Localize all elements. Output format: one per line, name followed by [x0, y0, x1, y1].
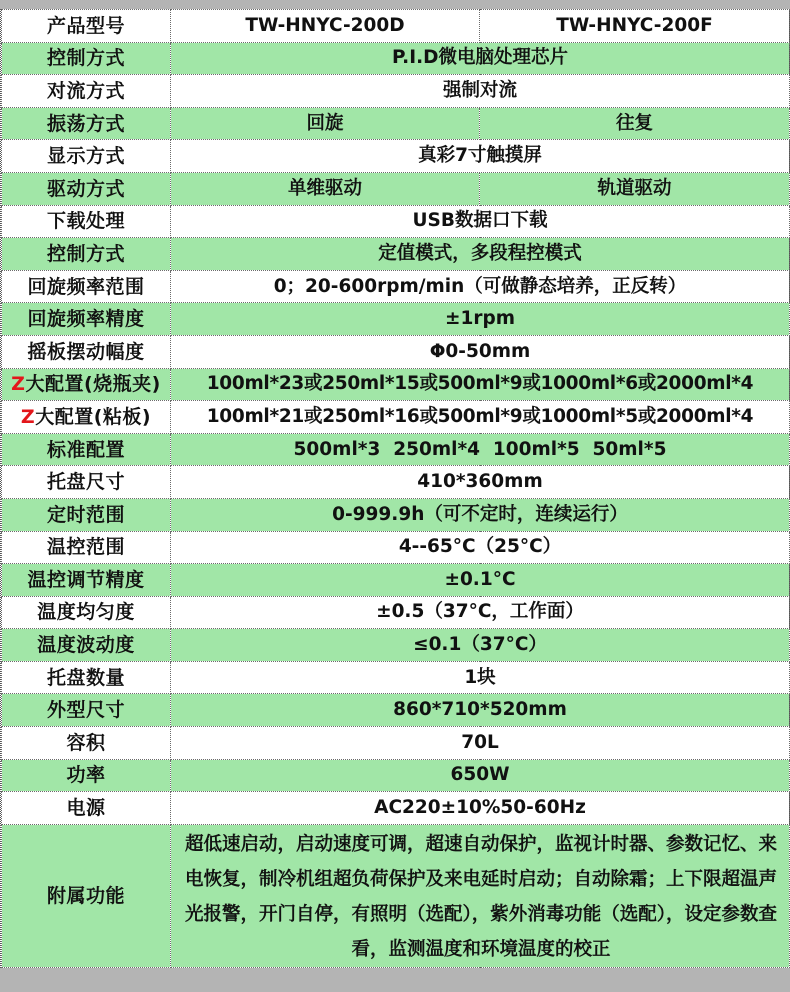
table-row: 功率 650W [2, 759, 790, 792]
table-row: Z大配置(烧瓶夹) 100ml*23或250ml*15或500ml*9或1000… [2, 368, 790, 401]
row-label: 附属功能 [2, 824, 171, 967]
table-row-features: 附属功能 超低速启动，启动速度可调，超速自动保护，监视计时器、参数记忆、来电恢复… [2, 824, 790, 967]
row-label: Z大配置(烧瓶夹) [2, 368, 171, 401]
row-value: 100ml*21或250ml*16或500ml*9或1000ml*5或2000m… [171, 401, 790, 434]
row-label: 温控调节精度 [2, 564, 171, 597]
row-label: 对流方式 [2, 75, 171, 108]
table-row: 外型尺寸 860*710*520mm [2, 694, 790, 727]
row-value: ±0.1°C [171, 564, 790, 597]
row-value: 650W [171, 759, 790, 792]
row-value: ≤0.1（37°C） [171, 629, 790, 662]
row-value: 强制对流 [171, 75, 790, 108]
row-label: 外型尺寸 [2, 694, 171, 727]
red-z-prefix: Z [21, 406, 35, 428]
row-label: 容积 [2, 727, 171, 760]
table-row: 驱动方式 单维驱动 轨道驱动 [2, 172, 790, 205]
row-value: 100ml*23或250ml*15或500ml*9或1000ml*6或2000m… [171, 368, 790, 401]
row-label: 驱动方式 [2, 172, 171, 205]
row-label: 温度波动度 [2, 629, 171, 662]
row-value: 70L [171, 727, 790, 760]
row-value: 0-999.9h（可不定时，连续运行） [171, 498, 790, 531]
row-value: P.I.D微电脑处理芯片 [171, 42, 790, 75]
row-value: 860*710*520mm [171, 694, 790, 727]
row-value: 0；20-600rpm/min（可做静态培养，正反转） [171, 270, 790, 303]
row-label: 显示方式 [2, 140, 171, 173]
features-text: 超低速启动，启动速度可调，超速自动保护，监视计时器、参数记忆、来电恢复，制冷机组… [171, 824, 790, 967]
row-label-text: 大配置(粘板) [35, 406, 151, 428]
table-row: Z大配置(粘板) 100ml*21或250ml*16或500ml*9或1000m… [2, 401, 790, 434]
row-value: 410*360mm [171, 466, 790, 499]
table-row: 控制方式 定值模式，多段程控模式 [2, 238, 790, 271]
row-label: 回旋频率范围 [2, 270, 171, 303]
table-row: 温度均匀度 ±0.5（37°C，工作面） [2, 596, 790, 629]
row-label: 控制方式 [2, 42, 171, 75]
table-row: 对流方式 强制对流 [2, 75, 790, 108]
row-value: 定值模式，多段程控模式 [171, 238, 790, 271]
table-row: 托盘数量 1块 [2, 661, 790, 694]
row-label: Z大配置(粘板) [2, 401, 171, 434]
row-label: 标准配置 [2, 433, 171, 466]
table-row: 定时范围 0-999.9h（可不定时，连续运行） [2, 498, 790, 531]
spec-table: 产品型号 TW-HNYC-200D TW-HNYC-200F 控制方式 P.I.… [1, 9, 790, 968]
row-label: 回旋频率精度 [2, 303, 171, 336]
row-value: 4--65°C（25°C） [171, 531, 790, 564]
row-label: 托盘尺寸 [2, 466, 171, 499]
row-value: 真彩7寸触摸屏 [171, 140, 790, 173]
row-label: 摇板摆动幅度 [2, 335, 171, 368]
row-label: 电源 [2, 792, 171, 825]
table-row: 显示方式 真彩7寸触摸屏 [2, 140, 790, 173]
table-row: 温度波动度 ≤0.1（37°C） [2, 629, 790, 662]
row-value: USB数据口下载 [171, 205, 790, 238]
row-label: 下载处理 [2, 205, 171, 238]
table-row: 标准配置 500ml*3 250ml*4 100ml*5 50ml*5 [2, 433, 790, 466]
model-200f: TW-HNYC-200F [480, 10, 790, 43]
table-row: 回旋频率精度 ±1rpm [2, 303, 790, 336]
row-label: 温控范围 [2, 531, 171, 564]
row-value: AC220±10%50-60Hz [171, 792, 790, 825]
row-value: 500ml*3 250ml*4 100ml*5 50ml*5 [171, 433, 790, 466]
row-label: 定时范围 [2, 498, 171, 531]
table-row: 电源 AC220±10%50-60Hz [2, 792, 790, 825]
table-row: 振荡方式 回旋 往复 [2, 107, 790, 140]
row-label: 振荡方式 [2, 107, 171, 140]
red-z-prefix: Z [11, 373, 25, 395]
row-label: 功率 [2, 759, 171, 792]
row-value: ±0.5（37°C，工作面） [171, 596, 790, 629]
table-row: 温控调节精度 ±0.1°C [2, 564, 790, 597]
row-value: Φ0-50mm [171, 335, 790, 368]
table-row: 回旋频率范围 0；20-600rpm/min（可做静态培养，正反转） [2, 270, 790, 303]
table-row: 容积 70L [2, 727, 790, 760]
row-value-200f: 往复 [480, 107, 790, 140]
model-200d: TW-HNYC-200D [171, 10, 480, 43]
row-label: 托盘数量 [2, 661, 171, 694]
row-value-200f: 轨道驱动 [480, 172, 790, 205]
row-label: 控制方式 [2, 238, 171, 271]
table-row: 温控范围 4--65°C（25°C） [2, 531, 790, 564]
row-value-200d: 回旋 [171, 107, 480, 140]
table-header-row: 产品型号 TW-HNYC-200D TW-HNYC-200F [2, 10, 790, 43]
row-value: 1块 [171, 661, 790, 694]
header-label: 产品型号 [2, 10, 171, 43]
row-label-text: 大配置(烧瓶夹) [25, 373, 160, 395]
table-row: 控制方式 P.I.D微电脑处理芯片 [2, 42, 790, 75]
table-row: 摇板摆动幅度 Φ0-50mm [2, 335, 790, 368]
row-label: 温度均匀度 [2, 596, 171, 629]
table-row: 托盘尺寸 410*360mm [2, 466, 790, 499]
row-value: ±1rpm [171, 303, 790, 336]
table-row: 下载处理 USB数据口下载 [2, 205, 790, 238]
row-value-200d: 单维驱动 [171, 172, 480, 205]
spec-sheet: 产品型号 TW-HNYC-200D TW-HNYC-200F 控制方式 P.I.… [0, 9, 790, 968]
